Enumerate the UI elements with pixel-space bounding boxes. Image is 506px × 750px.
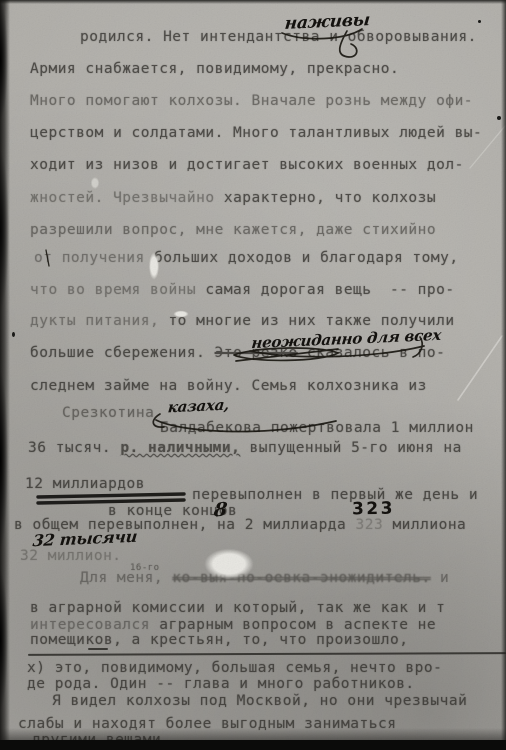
typed-text-faded: 323 — [356, 517, 384, 533]
footnote-separator-tick — [88, 648, 108, 650]
typed-text: 36 тысяч. — [28, 440, 120, 456]
typed-line: 32 миллион. — [20, 549, 122, 565]
typed-text: пожертвовала 1 миллион — [262, 420, 474, 436]
handwritten-number-32-thousand: 32 тысячи — [32, 527, 138, 551]
typed-text: больших доходов и благодаря тому, — [145, 250, 459, 266]
typed-text: аграрным вопросом в аспекте не — [150, 617, 436, 633]
typed-footnote-line: де рода. Один -- глава и много работнико… — [27, 677, 415, 693]
handwritten-number-323: 323 — [352, 499, 395, 520]
typed-line: Армия снабжается, повидимому, прекрасно. — [30, 62, 399, 78]
typed-line: слабы и находят более выгодным заниматьс… — [18, 717, 396, 733]
typed-line: от получения больших доходов и благодаря… — [34, 251, 459, 267]
scan-edge-top — [0, 0, 506, 4]
handwritten-digit-8: 8 — [213, 499, 228, 522]
typed-text: и обворовывания. — [320, 29, 477, 45]
typed-line: родился. Нет интендантства и обворовыван… — [80, 30, 477, 46]
typed-text-faded: интересовался — [30, 617, 150, 633]
typed-line: Много помогают колхозы. Вначале рознь ме… — [30, 94, 473, 110]
typed-line: Я видел колхозы под Москвой, но они чрез… — [52, 694, 467, 710]
typed-text-struck: ко-выя-по-оевка-эножидитель. — [172, 570, 430, 586]
handwritten-word-kazakha: казаха, — [167, 396, 230, 417]
typed-line: в аграрной комиссии и который, так же ка… — [30, 601, 445, 617]
typed-line: перевыполнен в первый же день и — [192, 488, 478, 504]
hand-dash-upper — [38, 494, 184, 497]
typed-text-faded: и — [431, 570, 449, 586]
typed-line: Балдабекова пожертвовала 1 миллион — [160, 421, 474, 437]
scan-edge-right — [501, 0, 506, 750]
scan-edge-left — [0, 0, 10, 750]
typed-text: миллиона — [383, 517, 466, 533]
typed-line: 12 миллиардов — [25, 477, 145, 493]
typed-text: выпущенный 5-го июня на — [240, 440, 462, 456]
dark-speck — [12, 332, 15, 337]
typed-line: разрешили вопрос, мне кажется, даже стих… — [30, 223, 436, 239]
handwritten-word-nazhivy: наживы — [284, 10, 371, 34]
typed-footnote-line: х) это, повидимому, большая семья, нечто… — [27, 661, 442, 677]
typed-line: 36 тысяч. р. наличными, выпущенный 5-го … — [28, 441, 462, 457]
typed-text-faded: дукты питания, — [30, 313, 159, 329]
footnote-separator-rule — [28, 652, 506, 656]
typed-line: что во время войны самая дорогая вещь --… — [30, 283, 455, 299]
dark-speck — [478, 20, 481, 23]
typed-line: большие сбережения. Это резко сказалось … — [30, 346, 445, 362]
typed-text: большие сбережения. — [30, 345, 215, 361]
white-blotch — [90, 176, 100, 190]
typed-line: церством и солдатами. Много талантливых … — [30, 126, 482, 142]
typed-text: характерно, что колхозы — [215, 190, 437, 206]
typed-text-circled: Балдабекова — [160, 420, 262, 436]
typed-text-faded: жностей. Чрезвычайно — [30, 190, 215, 206]
typed-line: следнем займе на войну. Семья колхозника… — [30, 379, 427, 395]
dark-speck — [497, 116, 501, 120]
typed-line: жностей. Чрезвычайно характерно, что кол… — [30, 191, 436, 207]
typed-line: ходит из низов и достигает высоких военн… — [30, 158, 464, 174]
typed-text: самая дорогая вещь -- про- — [196, 282, 454, 298]
typed-text-faded: от получения — [34, 250, 145, 266]
scanned-document-page: родился. Нет интендантства и обворовыван… — [0, 0, 506, 750]
scan-edge-bottom-band — [0, 740, 506, 750]
typed-text-underlined: р. наличными, — [120, 440, 240, 456]
typed-superscript: 16-го — [130, 564, 160, 574]
typed-line: Срезкотина — [62, 406, 154, 422]
paper-crease — [458, 336, 502, 400]
typed-line: помещиков, а крестьян, то, что произошло… — [30, 633, 408, 649]
typed-text-faded: что во время войны — [30, 282, 196, 298]
